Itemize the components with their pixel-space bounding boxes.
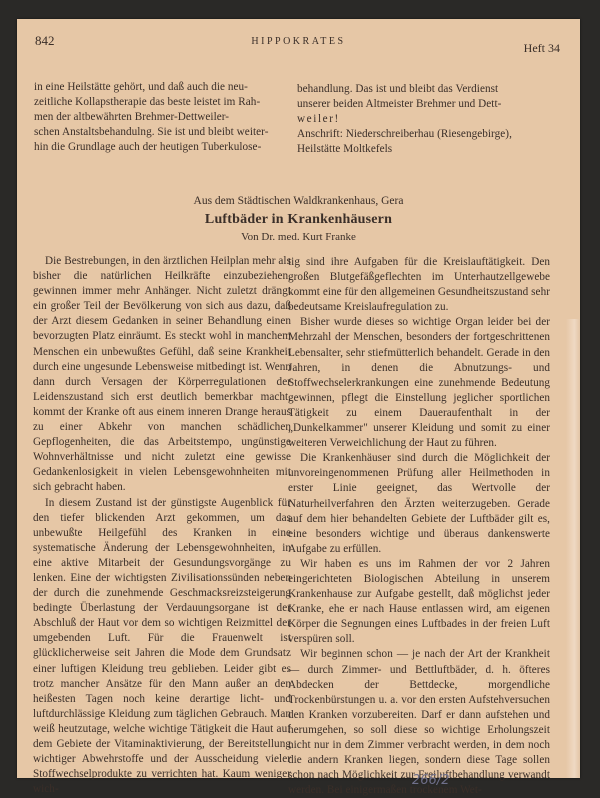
article-right-column: tig sind ihre Aufgaben für die Kreislauf… bbox=[288, 255, 550, 798]
article-title: Luftbäder in Krankenhäusern bbox=[17, 212, 580, 228]
paragraph: Bisher wurde dieses so wichtige Organ le… bbox=[288, 315, 550, 451]
text-line: unserer beiden Altmeister Brehmer und De… bbox=[297, 97, 550, 112]
paragraph: Wir haben es uns im Rahmen der vor 2 Jah… bbox=[288, 557, 550, 648]
previous-article-left-column: in eine Heilstätte gehört, und daß auch … bbox=[34, 80, 290, 155]
text-line: in eine Heilstätte gehört, und daß auch … bbox=[34, 80, 290, 95]
address-line: Heilstätte Moltkefels bbox=[297, 142, 550, 157]
address-label: Anschrift: bbox=[297, 128, 343, 140]
journal-title: HIPPOKRATES bbox=[33, 36, 564, 47]
article-byline: Von Dr. med. Kurt Franke bbox=[17, 231, 580, 243]
paragraph: tig sind ihre Aufgaben für die Kreislauf… bbox=[288, 255, 550, 315]
text-line: zeitliche Kollapstherapie das beste leis… bbox=[34, 95, 290, 110]
paragraph: Die Krankenhäuser sind durch die Möglich… bbox=[288, 451, 550, 557]
issue-number: Heft 34 bbox=[524, 41, 560, 56]
address-line: Niederschreiberhau (Riesengebirge), bbox=[346, 128, 512, 140]
document-page: 842 HIPPOKRATES Heft 34 in eine Heilstät… bbox=[17, 19, 580, 778]
paragraph: Die Bestrebungen, in den ärztlichen Heil… bbox=[33, 254, 291, 496]
text-line: hin die Grundlage auch der heutigen Tube… bbox=[34, 140, 290, 155]
article-left-column: Die Bestrebungen, in den ärztlichen Heil… bbox=[33, 254, 291, 797]
address-block: Anschrift: Niederschreiberhau (Riesengeb… bbox=[297, 127, 550, 142]
text-line: schen Anstaltsbehandulng. Sie ist und bl… bbox=[34, 125, 290, 140]
text-line: behandlung. Das ist und bleibt das Verdi… bbox=[297, 82, 550, 97]
running-header: 842 HIPPOKRATES Heft 34 bbox=[33, 33, 564, 53]
institution-line: Aus dem Städtischen Waldkrankenhaus, Ger… bbox=[17, 195, 580, 207]
archive-handwritten-mark: 266/2 bbox=[412, 773, 449, 788]
text-line: weiler! bbox=[297, 112, 550, 127]
text-line: men der altbewährten Brehmer-Dettweiler- bbox=[34, 110, 290, 125]
previous-article-right-column: behandlung. Das ist und bleibt das Verdi… bbox=[297, 82, 550, 157]
paragraph: In diesem Zustand ist der günstigste Aug… bbox=[33, 496, 291, 798]
